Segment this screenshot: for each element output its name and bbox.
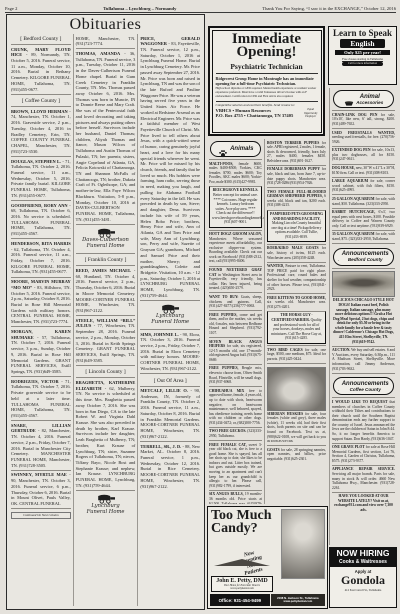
funeral-home-name: Daves-Culbertson Funeral Home [76, 238, 136, 250]
classified-entry: BOER/KIKO MALE GOATS for sale, history o… [267, 244, 326, 260]
classified-entry: I WOULD LIKE TO REQUEST that members of … [332, 397, 395, 441]
classified-entry: USED FREESTALLS WANTED, needing used fre… [332, 128, 395, 144]
classified-entry: TWO FREE GECKOS. (323)333-2950, Tullahom… [209, 427, 262, 439]
edition-cities: Tullahoma – Lynchburg – Normandy [103, 6, 176, 11]
classified-entry: SEVEN BLACK ANGUS HEIFERS for sale, six … [209, 337, 262, 362]
classified-entry: HAVE YOU LOOKED AT OUR WEBSITE LATELY? V… [332, 492, 395, 513]
classified-text: SEVEN BLACK ANGUS HEIFERS for sale, six … [209, 340, 262, 363]
obit-text: GOODFRIEND, RORY ANN - 68, Tullahoma, TN… [11, 203, 71, 237]
dog-bowl-icon [344, 95, 354, 104]
classified-text: HOTT DOGZ GROOM SALON, Manchester. Where… [209, 232, 262, 264]
obit-entry: BRAGHETTA, KATHERINE ELIZABETH - 62, Mul… [76, 377, 136, 488]
classified-text: WANTED, Pasture to rent, Tullahoma. TOP … [267, 264, 326, 291]
classified-entry: GOATS for sale, 28 springing nannies, op… [267, 445, 326, 461]
ad-subtitle: Psychiatric Technician [216, 62, 318, 71]
section-badge: AnnouncementsBedford County [333, 248, 393, 266]
obit-entry: Daves-Culbertson Funeral Home [76, 224, 136, 251]
classified-entry: AnnouncementsCoffee County [332, 373, 395, 396]
classified-text: DELICIOUS CHICAGO STYLE HOT DOGS! Italia… [332, 298, 395, 344]
classified-entry: PAMPERED PETS GROOMING AND BOARDING FACI… [267, 210, 326, 243]
psych-tech-job-ad: Immediate Opening! Psychiatric Technicia… [208, 26, 325, 136]
classified-text: CHAIN-LINK DOG PEN for sale, 10'x10', li… [332, 113, 395, 127]
classified-lead: CHAIN-LINK DOG PEN [332, 113, 377, 117]
obit-entry: Continued On Next Column [11, 508, 71, 519]
county-header: [ Bedford County ] [11, 36, 71, 42]
obit-name: SIMS, JOHNNIE L. [140, 332, 178, 337]
classified-entry: AUCTION. We buy and sell estates. S and … [332, 346, 395, 371]
classified-text: FREE KITTENS TO GOOD HOME, six weeks old… [267, 296, 326, 310]
ad-intro: Ridgecrest Group Home in Monteagle has a… [216, 73, 318, 86]
ad-positions: Cooks & Waitresses [330, 559, 396, 567]
obit-text: STEELE, WILLIAM “BILL” JULIUS - 77, Winc… [76, 318, 136, 364]
classified-lead: USED FREESTALLS WANTED, [332, 131, 395, 135]
obit-entry: Lynchburg Funeral Home [76, 490, 136, 517]
obit-name: METCALF, LILLIE O. [140, 388, 188, 393]
classified-entry: TWO BIRD CAGES for sale, one large, $500… [267, 345, 326, 361]
obit-text: METCALF, LILLIE O. - 90, Anderson, IN, f… [140, 388, 200, 439]
classified-entry: ONE GRAVE PLOT for sale at Rose Hill Mem… [332, 443, 395, 464]
county-header: [ Franklin County ] [76, 257, 136, 263]
classified-text: DOG HOUSE, new, 30″W x 41″L x 30″H, $150… [332, 166, 395, 175]
classified-entry: 35 GALLON AQUARIUM for sale, with stand,… [332, 230, 395, 242]
county-header: [ Coffee County ] [11, 98, 71, 104]
classified-text: FOUND NEUTERED GRAY CAT in Washington St… [209, 268, 262, 291]
classified-text: FREE PUPPIES, come and get them, and/or … [209, 313, 262, 336]
classified-lead: SIX ANGUS BULLS, [209, 492, 244, 496]
obit-text: HOME, Manchester, TN. (931)723-7774. [76, 36, 136, 47]
classified-text: APPLIANCE REPAIR SERVICE. Servicing all … [332, 467, 395, 490]
obit-entry: METCALF, LILLIE O. - 90, Anderson, IN, f… [140, 386, 200, 440]
classified-text: FREE FEMALE CAT, sweet 3-year old black … [209, 443, 262, 489]
dentist-website: www.pettydental.com [213, 587, 271, 590]
classified-entry: Animals [209, 141, 262, 157]
obit-text: HENDERSON, RITA HARRIS - 62, Tullahoma, … [11, 241, 71, 275]
obit-entry: MORGAN, KAREN SHUMAKE - 57, Tullahoma, T… [11, 326, 71, 374]
classified-text: LARGE AQUARIUM for sale, corner wood cab… [332, 179, 395, 193]
obituaries-title: Obituaries [9, 16, 202, 34]
county-header: [ Out Of Area ] [140, 378, 200, 384]
ad-address: P.O. Box 4755 • Chattanooga, TN 37405 [216, 113, 304, 118]
classified-column-announcements: AnimalAccessories CHAIN-LINK DOG PEN for… [329, 88, 397, 545]
classified-lead: AUCTION. [332, 348, 350, 352]
obit-text: SWINNEY, MYRTLE MAE - 90, Manchester, TN… [11, 472, 71, 506]
classified-lead: I WOULD LIKE TO REQUEST [332, 400, 388, 404]
page-header: Page 2 Tullahoma – Lynchburg – Normandy … [5, 1, 396, 13]
classified-text: GOATS for sale, 28 springing nannies, op… [267, 448, 326, 462]
ad-line1: Learn to Speak [332, 29, 393, 38]
classified-lead: ONE GRAVE PLOT [332, 445, 365, 449]
classified-text: CHIHUAHUA MIX free to approved home, fem… [209, 389, 262, 426]
obit-text: SIMS, JOHNNIE L. - 90, Elora, TN. Octobe… [140, 332, 200, 372]
classified-entry: THE HORSE GUY - CERTIFIED FARRIER. Quali… [267, 311, 326, 344]
classified-text: HAVE YOU LOOKED AT OUR WEBSITE LATELY? V… [332, 494, 395, 512]
ad-benefits: Competitive salaries and excellent benef… [216, 103, 304, 107]
classified-lead: WANTED, [267, 264, 284, 268]
obit-entry: [ Out Of Area ] [140, 373, 200, 384]
funeral-home-logo: Daves-Culbertson Funeral Home [76, 227, 136, 252]
classified-text: ONE GRAVE PLOT for sale at Rose Hill Mem… [332, 445, 395, 463]
obit-entry: HENDERSON, RITA HARRIS - 62, Tullahoma, … [11, 238, 71, 275]
classified-text: BOER/KIKO MALE GOATS for sale, history o… [267, 246, 326, 260]
classified-entry: RABBIT HUTCH/CAGE, 6'x3', two equal pens… [332, 208, 395, 229]
continued-note: Continued On Next Column [11, 512, 71, 519]
classified-entry: AnnouncementsBedford County [332, 243, 395, 266]
obit-entry: SNARE, LILLIAN GERTRUDE - 82, Manchester… [11, 420, 71, 468]
restaurant-name: Gondola [330, 574, 396, 586]
obit-text: PRICE, GERALD WAGGONER - 83, Fayettevill… [140, 36, 200, 299]
classified-lead: SIBERIAN HUSKIES [267, 412, 303, 416]
ad-requirements: High school diploma or GED required. Men… [216, 87, 318, 99]
obit-entry: THOMAS, AMANDA - 36, Tullahoma, TN. Fune… [76, 48, 136, 222]
funeral-home-logo: Lynchburg Funeral Home [140, 303, 200, 328]
obit-entry: TERRELL, SR., J. D. - 88, New Market, AL… [140, 441, 200, 489]
classified-lead: FREE PUPPIES, [209, 366, 238, 370]
classified-lead: PAMPERED PETS GROOMING AND BOARDING FACI… [270, 212, 323, 221]
classified-entry: BEECHGROVE KENNELS. Better concept for a… [209, 186, 262, 228]
classified-text: EXTENDED DOG PEN for sale, 10x13, plus t… [332, 148, 395, 162]
obit-name: HENDERSON, RITA HARRIS [11, 241, 71, 246]
obit-name: BROWN, LLOYD HERMAN [11, 109, 68, 114]
classified-entry: DOG HOUSE, new, 30″W x 41″L x 30″H, $150… [332, 164, 395, 176]
classified-entry: WANTED, Pasture to rent, Tullahoma. TOP … [267, 262, 326, 292]
obit-entry: BROWN, LLOYD HERMAN - 74, Manchester, TN… [11, 106, 71, 154]
dentist-phone: Office: 931-454-9499 [210, 594, 270, 606]
obit-entry: Lynchburg Funeral Home [140, 300, 200, 327]
classified-lead: BOSTON TERRIER PUPPIES [267, 141, 319, 145]
classified-text: RABBIT HUTCH/CAGE, 6'x3', two equal pens… [332, 210, 395, 228]
funeral-home-name: Lynchburg Funeral Home [76, 504, 136, 516]
classified-entry: FREE FEMALE CAT, sweet 3-year old black … [209, 440, 262, 488]
classified-entry: FREE PUPPIES, come and get them, and/or … [209, 310, 262, 335]
classified-lead: GOATS [267, 448, 280, 452]
obit-text: REED, JAMES MICHAEL - 60, Huntland, TN. … [76, 268, 136, 314]
classified-text: SIX ANGUS BULLS, 19 months-36 months old… [209, 492, 262, 504]
classified-lead: MALTI-POOS, [209, 162, 233, 166]
listing-photo [267, 367, 326, 411]
megaphone-icon [338, 252, 339, 261]
obit-entry: PRICE, GERALD WAGGONER - 83, Fayettevill… [140, 36, 200, 299]
classified-text: TWO FREE GECKOS. (323)333-2950, Tullahom… [209, 429, 262, 438]
classified-text: FEMALE DOBERMAN PUPPY for sale, black an… [267, 167, 326, 185]
classified-entry: CHAIN-LINK DOG PEN for sale, 10'x10', li… [332, 110, 395, 126]
megaphone-icon [338, 382, 339, 391]
classified-lead: WANT TO BUY: [209, 295, 239, 299]
classified-lead: EXTENDED DOG PEN [332, 148, 371, 152]
classified-lead: BOER/KIKO MALE GOATS [267, 246, 319, 250]
classified-text: SIBERIAN HUSKIES for sale, four females … [267, 412, 326, 444]
classified-entry: FREE KITTENS TO GOOD HOME, six weeks old… [267, 293, 326, 309]
page-number: Page 2 [5, 6, 17, 11]
obit-text: TERRELL, SR., J. D. - 88, New Market, AL… [140, 444, 200, 490]
classified-text: TWO BIRD CAGES for sale, one large, $500… [267, 348, 326, 362]
obit-entry: STEELE, WILLIAM “BILL” JULIUS - 77, Winc… [76, 315, 136, 363]
classified-lead: CHIHUAHUA MIX [209, 389, 244, 393]
classified-text: WANT TO BUY: Goats, sheep, chickens and … [209, 295, 262, 309]
classified-entry: CHIHUAHUA MIX free to approved home, fem… [209, 386, 262, 425]
obit-text: THOMAS, AMANDA - 36, Tullahoma, TN. Fune… [76, 51, 136, 223]
obit-entry: GOODFRIEND, RORY ANN - 68, Tullahoma, TN… [11, 200, 71, 237]
classified-entry: TWO FEMALE FULL-BLOODED GERMAN SHEPHERD … [267, 187, 326, 208]
classified-lead: FREE KITTENS TO GOOD HOME, [267, 296, 326, 300]
classified-text: TWO FEMALE FULL-BLOODED GERMAN SHEPHERD … [267, 190, 326, 208]
classified-lead: FREE FEMALE CAT, [209, 443, 247, 447]
section-badge: AnimalAccessories [333, 90, 393, 108]
classified-entry: MALTI-POOS, female $600, males $400-$500… [209, 159, 262, 184]
classified-lead: TWO FREE GECKOS. [209, 429, 246, 433]
obituaries-section: Obituaries [ Bedford County ] CRUNK, MAR… [6, 14, 205, 610]
obit-column-3: PRICE, GERALD WAGGONER - 83, Fayettevill… [137, 34, 202, 606]
obit-entry: [ Bedford County ] [11, 36, 71, 42]
classified-text: 35 GALLON AQUARIUM for sale, with stand,… [332, 232, 395, 241]
classified-lead: 35 GALLON AQUARIUM [332, 232, 375, 236]
header-slogan: Thank You For Saying, “I saw it in the E… [262, 6, 396, 11]
ad-price: Only $25 per year! [335, 50, 390, 56]
classified-lead: RABBIT HUTCH/CAGE, [332, 210, 375, 214]
ad-title: Immediate Opening! [216, 33, 318, 61]
classified-entry: 25 GALLON AQUARIUM for sale, with stand,… [332, 194, 395, 206]
obit-name: THOMAS, AMANDA [76, 51, 120, 56]
classified-entry: FEMALE DOBERMAN PUPPY for sale, black an… [267, 165, 326, 186]
paw-icon [218, 145, 228, 154]
section-badge: AnnouncementsCoffee County [333, 377, 393, 395]
obit-text: SNARE, LILLIAN GERTRUDE - 82, Manchester… [11, 423, 71, 469]
obit-column-2: HOME, Manchester, TN. (931)723-7774. THO… [73, 34, 138, 606]
classified-lead: 25 GALLON AQUARIUM [332, 197, 375, 201]
classified-lead: FEMALE DOBERMAN PUPPY [267, 167, 320, 171]
classified-column-animals: Animals MALTI-POOS, female $600, males $… [207, 139, 264, 504]
classified-entry: BOSTON TERRIER PUPPIES for sale. APRI re… [267, 141, 326, 164]
classified-text: BEECHGROVE KENNELS. Better concept for a… [212, 188, 259, 225]
obit-entry: [ Lincoln County ] [76, 365, 136, 376]
dentist-ad: Too Much Candy? Now Accepting New Patien… [207, 506, 328, 609]
obit-name: GOODFRIEND, RORY ANN [11, 203, 68, 208]
gondola-hiring-ad: NOW HIRING Cooks & Waitresses Apply at G… [329, 547, 397, 608]
obit-entry: RODRIGUES, VICTOR - 71, Tullahoma, TN. O… [11, 376, 71, 419]
obit-name: DOUGLAS, STEPHEN L. [11, 159, 61, 164]
obit-text: BRAGHETTA, KATHERINE ELIZABETH - 62, Mul… [76, 380, 136, 489]
ad-fine1: Free classes starting in Tullahoma [332, 57, 393, 61]
ad-line2: English [340, 39, 385, 48]
classified-text: PAMPERED PETS GROOMING AND BOARDING FACI… [270, 212, 323, 239]
listing-photo [332, 271, 395, 297]
classified-entry: HOTT DOGZ GROOM SALON, Manchester. Where… [209, 230, 262, 265]
obit-text: BROWN, LLOYD HERMAN - 74, Manchester, TN… [11, 109, 71, 155]
classified-column-animals-2: BOSTON TERRIER PUPPIES for sale. APRI re… [264, 139, 328, 504]
classified-text: MALTI-POOS, female $600, males $400-$500… [209, 162, 262, 185]
obit-entry: SIMS, JOHNNIE L. - 90, Elora, TN. Octobe… [140, 329, 200, 372]
obit-column-1: [ Bedford County ] CRUNK, MARY FLOYD HIC… [9, 34, 73, 606]
obit-entry: HOME, Manchester, TN. (931)723-7774. [76, 36, 136, 47]
classified-entry: EXTENDED DOG PEN for sale, 10x13, plus t… [332, 146, 395, 162]
obit-name: RODRIGUES, VICTOR [11, 379, 59, 384]
classified-text: FREE PUPPIES, Beagle mix, eleven to choo… [209, 366, 262, 384]
classified-lead: BEECHGROVE KENNELS. [213, 188, 259, 192]
classified-entry: SIBERIAN HUSKIES for sale, four females … [267, 363, 326, 444]
ad-title: Too Much Candy? [211, 509, 287, 536]
obit-name: TERRELL, SR., J. D. [140, 444, 181, 449]
classified-lead: LARGE AQUARIUM [332, 179, 368, 183]
equal-opportunity-note: Equal Opportunity Employer [304, 108, 318, 118]
obit-text: CRUNK, MARY FLOYD HICE - 89, Normandy, T… [11, 47, 71, 93]
classified-entry: AnimalAccessories [332, 90, 395, 108]
classified-lead: DOG HOUSE, [332, 166, 355, 170]
dentist-ad-photo [281, 509, 325, 579]
classified-entry: FREE PUPPIES, Beagle mix, eleven to choo… [209, 364, 262, 385]
classified-entry: DELICIOUS CHICAGO STYLE HOT DOGS! Italia… [332, 268, 395, 344]
obit-text: DOUGLAS, STEPHEN L. - 71, Tullahoma, TN.… [11, 159, 71, 199]
classified-text: BOSTON TERRIER PUPPIES for sale. APRI re… [267, 141, 326, 164]
dentist-website-2: www.pettydental.com [284, 600, 313, 603]
classified-entry: LARGE AQUARIUM for sale, corner wood cab… [332, 177, 395, 193]
ad-now-hiring: NOW HIRING [330, 548, 396, 559]
house-roof-graphic [214, 559, 270, 566]
obit-entry: [ Coffee County ] [11, 94, 71, 105]
ad-fine2: Call for more information [342, 62, 383, 66]
obit-entry: MOORE, MARVIN MURRAY “MO MO” - 83, Hills… [11, 277, 71, 325]
obit-entry: REED, JAMES MICHAEL - 60, Huntland, TN. … [76, 265, 136, 313]
section-badge: Animals [210, 141, 261, 157]
classified-text: 25 GALLON AQUARIUM for sale, with stand,… [332, 197, 395, 206]
obit-name: REED, JAMES MICHAEL [76, 268, 131, 273]
classified-lead: HOTT DOGZ GROOM SALON, [209, 232, 262, 236]
obit-entry: [ Franklin County ] [76, 253, 136, 264]
obit-entry: DOUGLAS, STEPHEN L. - 71, Tullahoma, TN.… [11, 156, 71, 199]
newspaper-page: { "header": { "left": "Page 2", "center"… [0, 0, 400, 614]
classified-lead: TWO BIRD CAGES [267, 348, 303, 352]
classified-lead: APPLIANCE REPAIR SERVICE. [332, 467, 395, 471]
classified-entry: SIX ANGUS BULLS, 19 months-36 months old… [209, 490, 262, 504]
classified-lead: TWO FEMALE FULL-BLOODED GERMAN SHEPHERD … [267, 190, 326, 199]
english-class-ad: Learn to Speak English Only $25 per year… [328, 26, 397, 85]
classified-text: USED FREESTALLS WANTED, needing used fre… [332, 131, 395, 145]
classified-text: I WOULD LIKE TO REQUEST that members of … [332, 400, 395, 441]
obit-text: RODRIGUES, VICTOR - 71, Tullahoma, TN. O… [11, 379, 71, 419]
obit-entry: CRUNK, MARY FLOYD HICE - 89, Normandy, T… [11, 44, 71, 92]
classified-entry: APPLIANCE REPAIR SERVICE. Servicing all … [332, 465, 395, 490]
obit-name: SWINNEY, MYRTLE MAE [11, 472, 67, 477]
classified-lead: THE HORSE GUY - CERTIFIED FARRIER. [271, 313, 312, 322]
obit-entry: SWINNEY, MYRTLE MAE - 90, Manchester, TN… [11, 470, 71, 507]
obit-text: MORGAN, KAREN SHUMAKE - 57, Tullahoma, T… [11, 329, 71, 375]
classified-entry: FOUND NEUTERED GRAY CAT in Washington St… [209, 266, 262, 291]
classified-lead: FREE PUPPIES, [209, 313, 237, 317]
classified-entry: WANT TO BUY: Goats, sheep, chickens and … [209, 292, 262, 308]
obit-text: MOORE, MARVIN MURRAY “MO MO” - 83, Hills… [11, 279, 71, 325]
classified-text: THE HORSE GUY - CERTIFIED FARRIER. Quali… [270, 313, 323, 340]
funeral-home-name: Lynchburg Funeral Home [140, 314, 200, 326]
funeral-home-logo: Lynchburg Funeral Home [76, 493, 136, 518]
restaurant-address: 412 East Carroll St., Tullahoma [330, 588, 396, 592]
classified-text: AUCTION. We buy and sell estates. S and … [332, 348, 395, 371]
county-header: [ Lincoln County ] [76, 369, 136, 375]
